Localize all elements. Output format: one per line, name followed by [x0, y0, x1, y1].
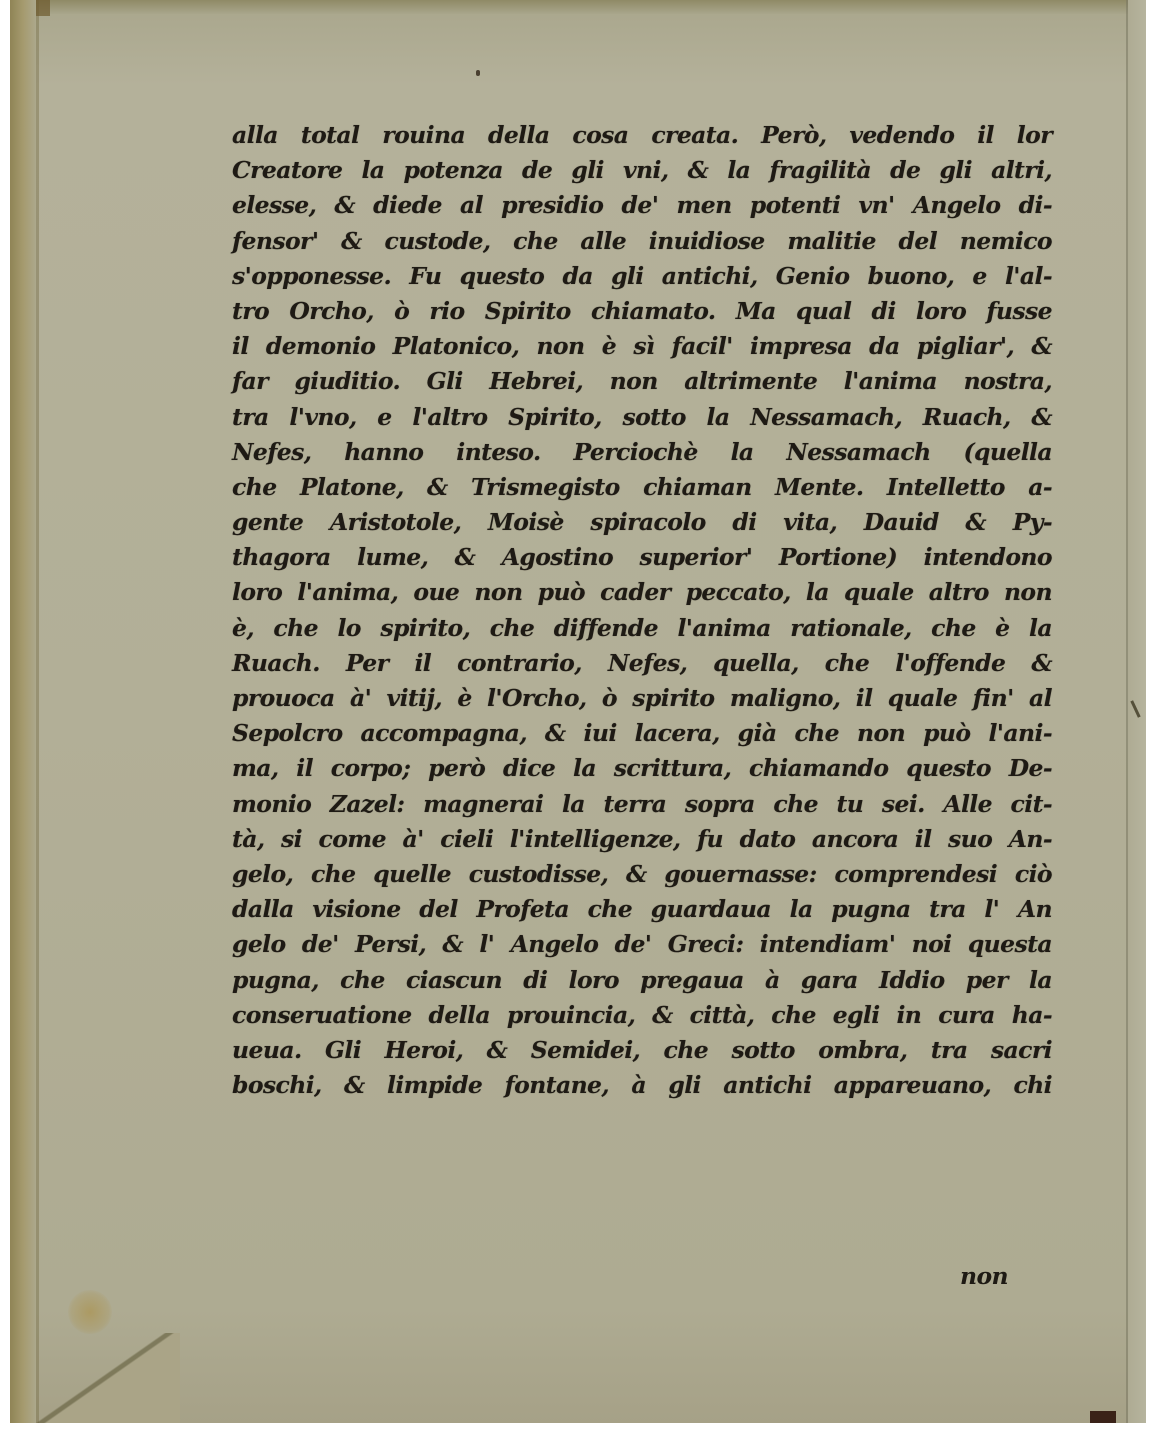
text-line: Nefes, hanno inteso. Perciochè la Nessam… — [232, 435, 1052, 470]
text-line: alla total rouina della cosa creata. Per… — [232, 118, 1052, 153]
ink-speck — [476, 70, 480, 76]
bottom-binding-mark — [1090, 1411, 1116, 1423]
text-line: Creatore la potenza de gli vni, & la fra… — [232, 153, 1052, 188]
text-line: tro Orcho, ò rio Spirito chiamato. Ma qu… — [232, 294, 1052, 329]
page-right-edge-line — [1126, 0, 1128, 1423]
text-line: pugna, che ciascun di loro pregaua à gar… — [232, 963, 1052, 998]
text-line: far giuditio. Gli Hebrei, non altrimente… — [232, 364, 1052, 399]
text-line: dalla visione del Profeta che guardaua l… — [232, 892, 1052, 927]
text-line: gente Aristotole, Moisè spiracolo di vit… — [232, 505, 1052, 540]
text-line: il demonio Platonico, non è sì facil' im… — [232, 329, 1052, 364]
catchword: non — [960, 1262, 1008, 1290]
folded-corner — [30, 1333, 180, 1423]
scanned-page: alla total rouina della cosa creata. Per… — [10, 0, 1146, 1423]
text-line: thagora lume, & Agostino superior' Porti… — [232, 540, 1052, 575]
text-line: elesse, & diede al presidio de' men pote… — [232, 188, 1052, 223]
text-line: che Platone, & Trismegisto chiaman Mente… — [232, 470, 1052, 505]
text-line: conseruatione della prouincia, & città, … — [232, 998, 1052, 1033]
text-line: fensor' & custode, che alle inuidiose ma… — [232, 224, 1052, 259]
text-line: loro l'anima, oue non può cader peccato,… — [232, 575, 1052, 610]
body-text: alla total rouina della cosa creata. Per… — [232, 118, 1052, 1103]
text-line: tà, si come à' cieli l'intelligenze, fu … — [232, 822, 1052, 857]
text-line: s'opponesse. Fu questo da gli antichi, G… — [232, 259, 1052, 294]
page-fold-line — [36, 0, 39, 1423]
text-line: prouoca à' vitij, è l'Orcho, ò spirito m… — [232, 681, 1052, 716]
text-line: gelo, che quelle custodisse, & gouernass… — [232, 857, 1052, 892]
page-left-edge — [10, 0, 36, 1423]
text-line: è, che lo spirito, che diffende l'anima … — [232, 611, 1052, 646]
paper-stain — [68, 1290, 112, 1334]
text-line: monio Zazel: magnerai la terra sopra che… — [232, 787, 1052, 822]
text-line: ma, il corpo; però dice la scrittura, ch… — [232, 751, 1052, 786]
page-top-edge — [10, 0, 1146, 14]
text-line: ueua. Gli Heroi, & Semidei, che sotto om… — [232, 1033, 1052, 1068]
text-line: boschi, & limpide fontane, à gli antichi… — [232, 1068, 1052, 1103]
text-line: Sepolcro accompagna, & iui lacera, già c… — [232, 716, 1052, 751]
text-line: Ruach. Per il contrario, Nefes, quella, … — [232, 646, 1052, 681]
text-line: gelo de' Persi, & l' Angelo de' Greci: i… — [232, 927, 1052, 962]
binding-mark — [36, 0, 50, 16]
text-line: tra l'vno, e l'altro Spirito, sotto la N… — [232, 400, 1052, 435]
